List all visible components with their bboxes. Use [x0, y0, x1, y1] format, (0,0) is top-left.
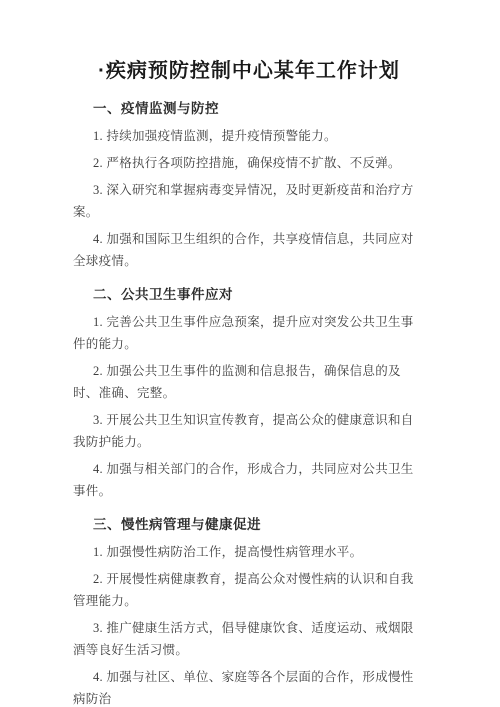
paragraph: 2. 加强公共卫生事件的监测和信息报告，确保信息的及时、准确、完整。 — [73, 360, 425, 404]
paragraph: 4. 加强和国际卫生组织的合作，共享疫情信息，共同应对全球疫情。 — [73, 228, 425, 272]
paragraph: 2. 严格执行各项防控措施，确保疫情不扩散、不反弹。 — [73, 152, 425, 174]
section-heading: 一、疫情监测与防控 — [73, 98, 425, 120]
paragraph: 2. 开展慢性病健康教育，提高公众对慢性病的认识和自我管理能力。 — [73, 568, 425, 612]
section-heading: 三、慢性病管理与健康促进 — [73, 514, 425, 536]
section-chronic-disease-management: 三、慢性病管理与健康促进 1. 加强慢性病防治工作，提高慢性病管理水平。 2. … — [73, 514, 425, 707]
paragraph: 1. 加强慢性病防治工作，提高慢性病管理水平。 — [73, 541, 425, 563]
paragraph: 4. 加强与社区、单位、家庭等各个层面的合作，形成慢性病防治 — [73, 666, 425, 707]
document-page: ·疾病预防控制中心某年工作计划 一、疫情监测与防控 1. 持续加强疫情监测，提升… — [0, 0, 500, 707]
paragraph: 3. 深入研究和掌握病毒变异情况，及时更新疫苗和治疗方案。 — [73, 179, 425, 223]
section-public-health-events: 二、公共卫生事件应对 1. 完善公共卫生事件应急预案，提升应对突发公共卫生事件的… — [73, 284, 425, 502]
paragraph: 1. 持续加强疫情监测，提升疫情预警能力。 — [73, 125, 425, 147]
paragraph: 3. 推广健康生活方式，倡导健康饮食、适度运动、戒烟限酒等良好生活习惯。 — [73, 617, 425, 661]
section-heading: 二、公共卫生事件应对 — [73, 284, 425, 306]
paragraph: 3. 开展公共卫生知识宣传教育，提高公众的健康意识和自我防护能力。 — [73, 409, 425, 453]
document-title: ·疾病预防控制中心某年工作计划 — [73, 56, 425, 86]
section-epidemic-monitoring: 一、疫情监测与防控 1. 持续加强疫情监测，提升疫情预警能力。 2. 严格执行各… — [73, 98, 425, 272]
paragraph: 1. 完善公共卫生事件应急预案，提升应对突发公共卫生事件的能力。 — [73, 311, 425, 355]
paragraph: 4. 加强与相关部门的合作，形成合力，共同应对公共卫生事件。 — [73, 458, 425, 502]
